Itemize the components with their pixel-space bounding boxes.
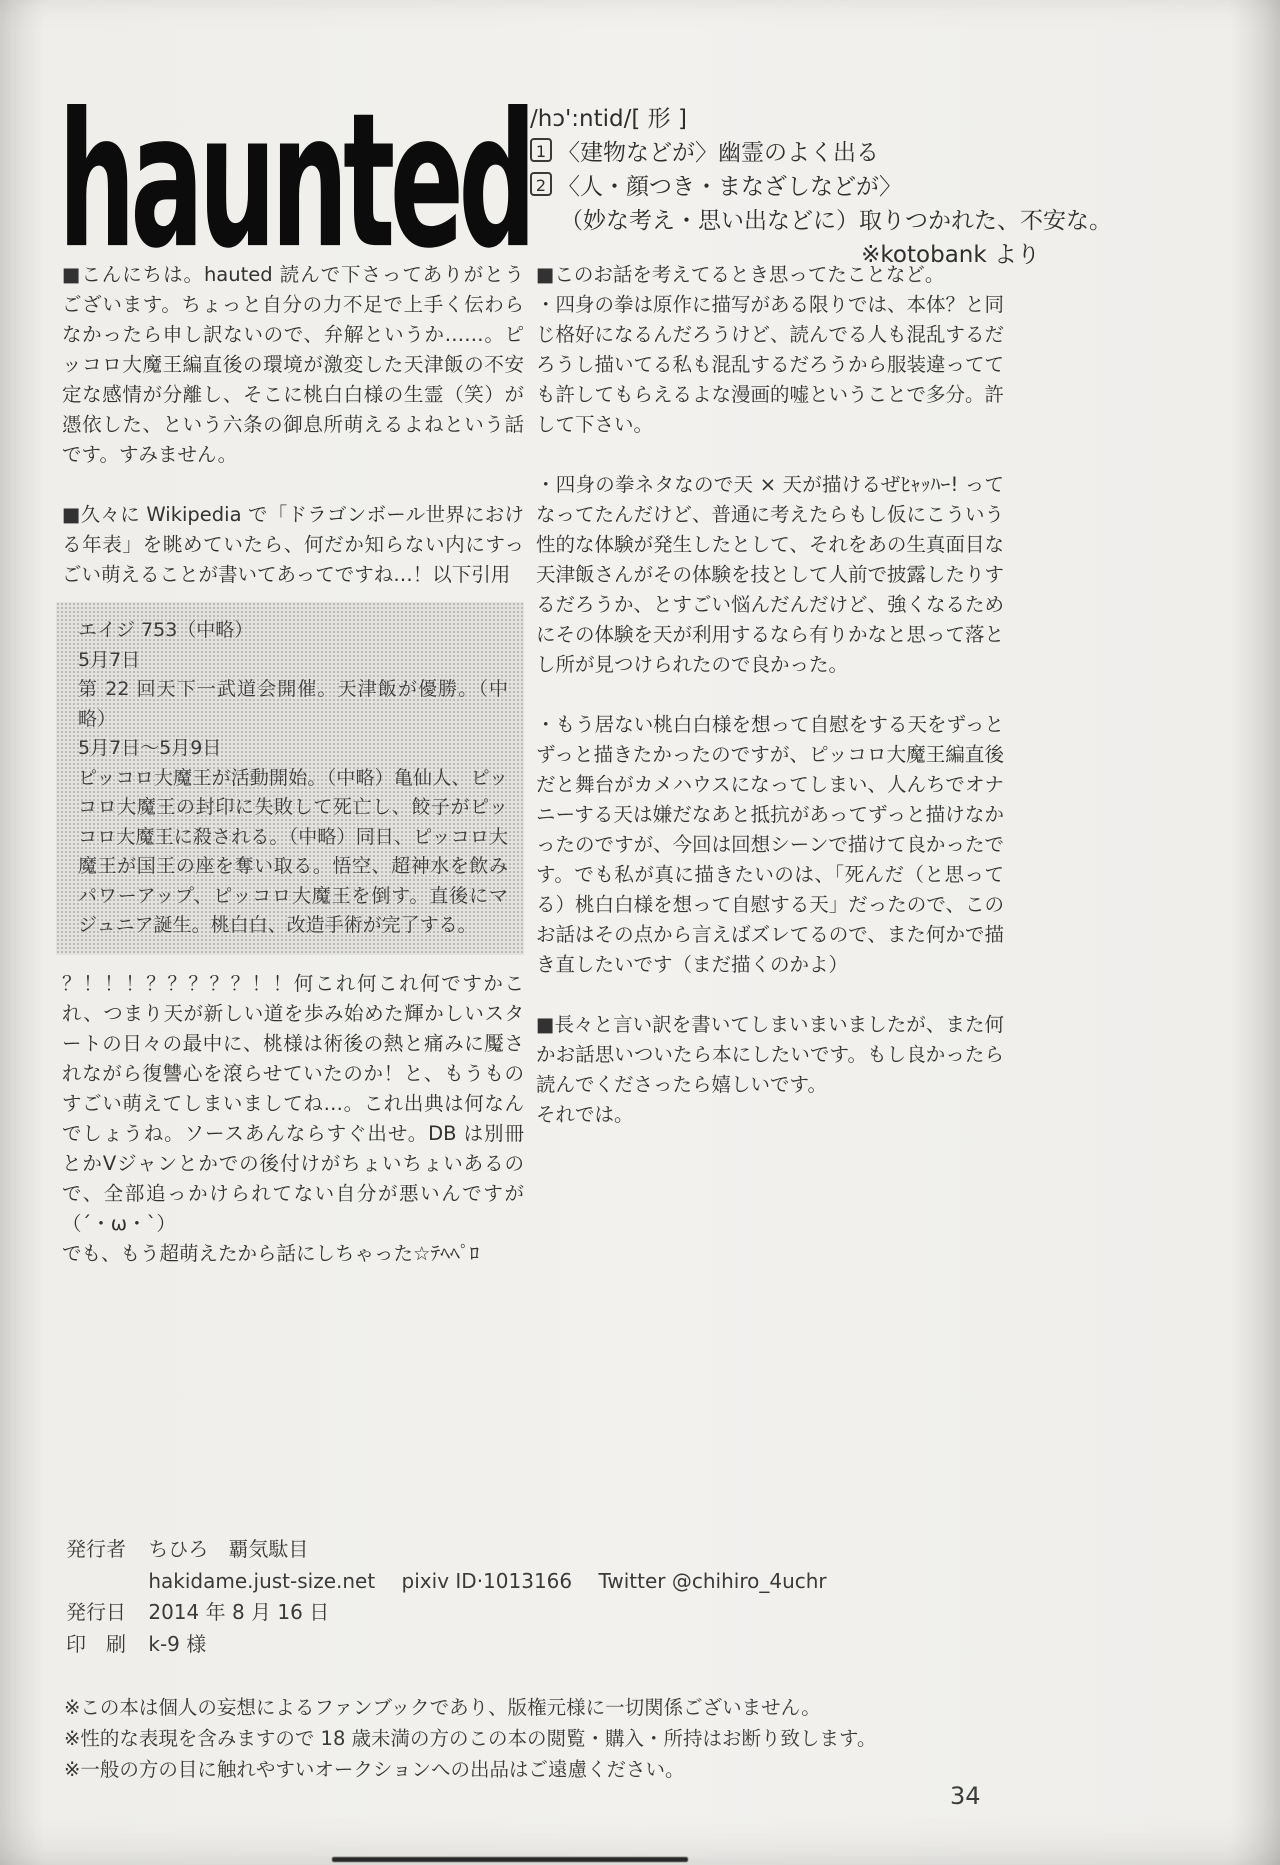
disclaimer-line: ※性的な表現を含みますので 18 歳未満の方のこの本の閲覧・購入・所持はお断り致… (64, 1723, 877, 1754)
printer-value: k-9 様 (148, 1629, 206, 1661)
quote-line: 5月7日～5月9日 (78, 734, 508, 764)
disclaimer-line: ※この本は個人の妄想によるファンブックであり、版権元様に一切関係ございません。 (64, 1692, 877, 1723)
printer-label: 印 刷 (66, 1629, 142, 1661)
colophon-contact-row: hakidame.just-size.net pixiv ID·1013166 … (66, 1566, 827, 1598)
note-paragraph-1: ・四身の拳は原作に描写がある限りでは、本体？と同じ格好になるんだろうけど、読んで… (536, 290, 1004, 440)
closing-farewell: それでは。 (536, 1100, 1004, 1130)
sense-2-continuation: （妙な考え・思い出などに）取りつかれた、不安な。 (530, 204, 1046, 238)
date-label: 発行日 (66, 1597, 142, 1629)
scan-edge-artifact (332, 1857, 688, 1862)
colophon-printer-row: 印 刷 k-9 様 (66, 1629, 827, 1661)
note-paragraph-2: ・四身の拳ネタなので天 × 天が描けるぜﾋｬｯﾊｰ! ってなってたんだけど、普通… (536, 470, 1004, 680)
contact-value: hakidame.just-size.net pixiv ID·1013166 … (148, 1566, 826, 1598)
publisher-value: ちひろ 覇気駄目 (148, 1534, 308, 1566)
wikipedia-quote-box: エイジ 753（中略） 5月7日 第 22 回天下一武道会開催。天津飯が優勝。（… (56, 602, 524, 955)
closing-paragraph: ■長々と言い訳を書いてしまいまいましたが、また何かお話思いついたら本にしたいです… (536, 1010, 1004, 1100)
definition-sense-2: 2〈人・顔つき・まなざしなどが〉 (530, 170, 1046, 204)
date-value: 2014 年 8 月 16 日 (148, 1597, 329, 1629)
wikipedia-intro-paragraph: ■久々に Wikipedia で「ドラゴンボール世界における年表」を眺めていたら… (62, 500, 524, 590)
reaction-closing-line: でも、もう超萌えたから話にしちゃった☆ﾃﾍﾍﾟﾛ (62, 1239, 524, 1269)
pronunciation: /hɔ':ntid/[ 形 ] (530, 102, 1046, 136)
reaction-paragraph: ？！！！？？？？？！！何これ何これ何ですかこれ、つまり天が新しい道を歩み始めた輝… (62, 969, 524, 1239)
sense-number-1: 1 (530, 138, 552, 162)
disclaimer-block: ※この本は個人の妄想によるファンブックであり、版権元様に一切関係ございません。 … (64, 1692, 877, 1785)
left-column: ■こんにちは。hauted 読んで下さってありがとうございます。ちょっと自分の力… (62, 260, 524, 1269)
sense-2-text: 〈人・顔つき・まなざしなどが〉 (557, 174, 902, 200)
disclaimer-line: ※一般の方の目に触れやすいオークションへの出品はご遠慮ください。 (64, 1754, 877, 1785)
colophon: 発行者 ちひろ 覇気駄目 hakidame.just-size.net pixi… (66, 1534, 827, 1660)
quote-line: エイジ 753（中略） (78, 616, 508, 646)
publisher-label: 発行者 (66, 1534, 142, 1566)
quote-line: 5月7日 (78, 646, 508, 676)
sense-1-text: 〈建物などが〉幽霊のよく出る (557, 140, 879, 166)
sense-number-2: 2 (530, 172, 552, 196)
page-title: haunted (58, 88, 531, 274)
notes-heading: ■このお話を考えてるとき思ってたことなど。 (536, 260, 1004, 290)
scanned-doujinshi-page: haunted /hɔ':ntid/[ 形 ] 1〈建物などが〉幽霊のよく出る … (0, 0, 1280, 1865)
definition-sense-1: 1〈建物などが〉幽霊のよく出る (530, 136, 1046, 170)
greeting-paragraph: ■こんにちは。hauted 読んで下さってありがとうございます。ちょっと自分の力… (62, 260, 524, 470)
quote-line: ピッコロ大魔王が活動開始。（中略）亀仙人、ピッコロ大魔王の封印に失敗して死亡し、… (78, 764, 508, 941)
page-number: 34 (950, 1782, 981, 1810)
right-column: ■このお話を考えてるとき思ってたことなど。 ・四身の拳は原作に描写がある限りでは… (536, 260, 1004, 1130)
dictionary-definition-block: /hɔ':ntid/[ 形 ] 1〈建物などが〉幽霊のよく出る 2〈人・顔つき・… (530, 102, 1046, 272)
colophon-date-row: 発行日 2014 年 8 月 16 日 (66, 1597, 827, 1629)
colophon-publisher-row: 発行者 ちひろ 覇気駄目 (66, 1534, 827, 1566)
quote-line: 第 22 回天下一武道会開催。天津飯が優勝。（中略） (78, 675, 508, 734)
note-paragraph-3: ・もう居ない桃白白様を想って自慰をする天をずっとずっと描きたかったのですが、ピッ… (536, 710, 1004, 980)
